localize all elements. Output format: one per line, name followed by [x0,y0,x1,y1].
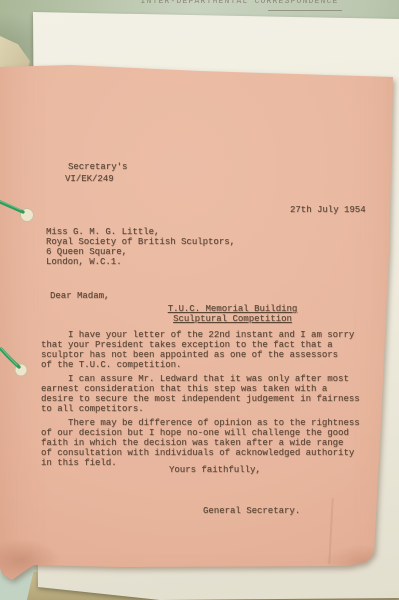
subject-line-2: Sculptural Competition [145,314,320,324]
letter-page: Secretary's VI/EK/249 27th July 1954 Mis… [0,0,399,600]
recipient-line: London, W.C.1. [46,257,235,267]
paragraph-line: I have your letter of the 22nd instant a… [41,330,360,340]
paper-crease [328,498,333,564]
letter-body: I have your letter of the 22nd instant a… [41,330,360,472]
paragraph-2: I can assure Mr. Ledward that it was onl… [41,374,360,414]
letter-date: 27th July 1954 [290,205,366,215]
scanned-letter-photo: INTER-DEPARTMENTAL CORRESPONDENCE Secret… [0,0,399,600]
recipient-line: 6 Queen Square, [46,247,235,257]
paragraph-line: sculptor has not been appointed as one o… [41,350,360,360]
paragraph-line: I can assure Mr. Ledward that it was onl… [41,374,360,384]
paragraph-line: desire to secure the most independent ju… [41,394,360,404]
paragraph-line: faith in which the decision was taken af… [41,438,360,448]
paragraph-line: to all competitors. [41,404,360,414]
paragraph-line: of consultation with individuals of ackn… [41,448,360,458]
signature-title: General Secretary. [203,506,300,516]
paragraph-line: that your President takes exception to t… [41,340,360,350]
paragraph-line: of our decision but I hope no-one will c… [41,428,360,438]
letter-page-shadow: Secretary's VI/EK/249 27th July 1954 Mis… [0,0,399,600]
recipient-address: Miss G. M. G. Little, Royal Society of B… [46,227,235,267]
salutation: Dear Madam, [50,291,109,301]
recipient-line: Miss G. M. G. Little, [46,227,235,237]
subject-line-1: T.U.C. Memorial Building [145,304,320,314]
reference-number: VI/EK/249 [65,174,114,184]
recipient-line: Royal Society of British Sculptors, [46,237,235,247]
closing: Yours faithfully, [169,465,261,475]
paragraph-line: There may be difference of opinion as to… [41,418,360,428]
reference-heading: Secretary's [68,162,127,172]
subject-heading: T.U.C. Memorial Building Sculptural Comp… [145,304,320,324]
paragraph-3: There may be difference of opinion as to… [41,418,360,468]
paragraph-line: of the T.U.C. competition. [41,360,360,370]
paragraph-1: I have your letter of the 22nd instant a… [41,330,360,370]
paragraph-line: earnest consideration that this step was… [41,384,360,394]
